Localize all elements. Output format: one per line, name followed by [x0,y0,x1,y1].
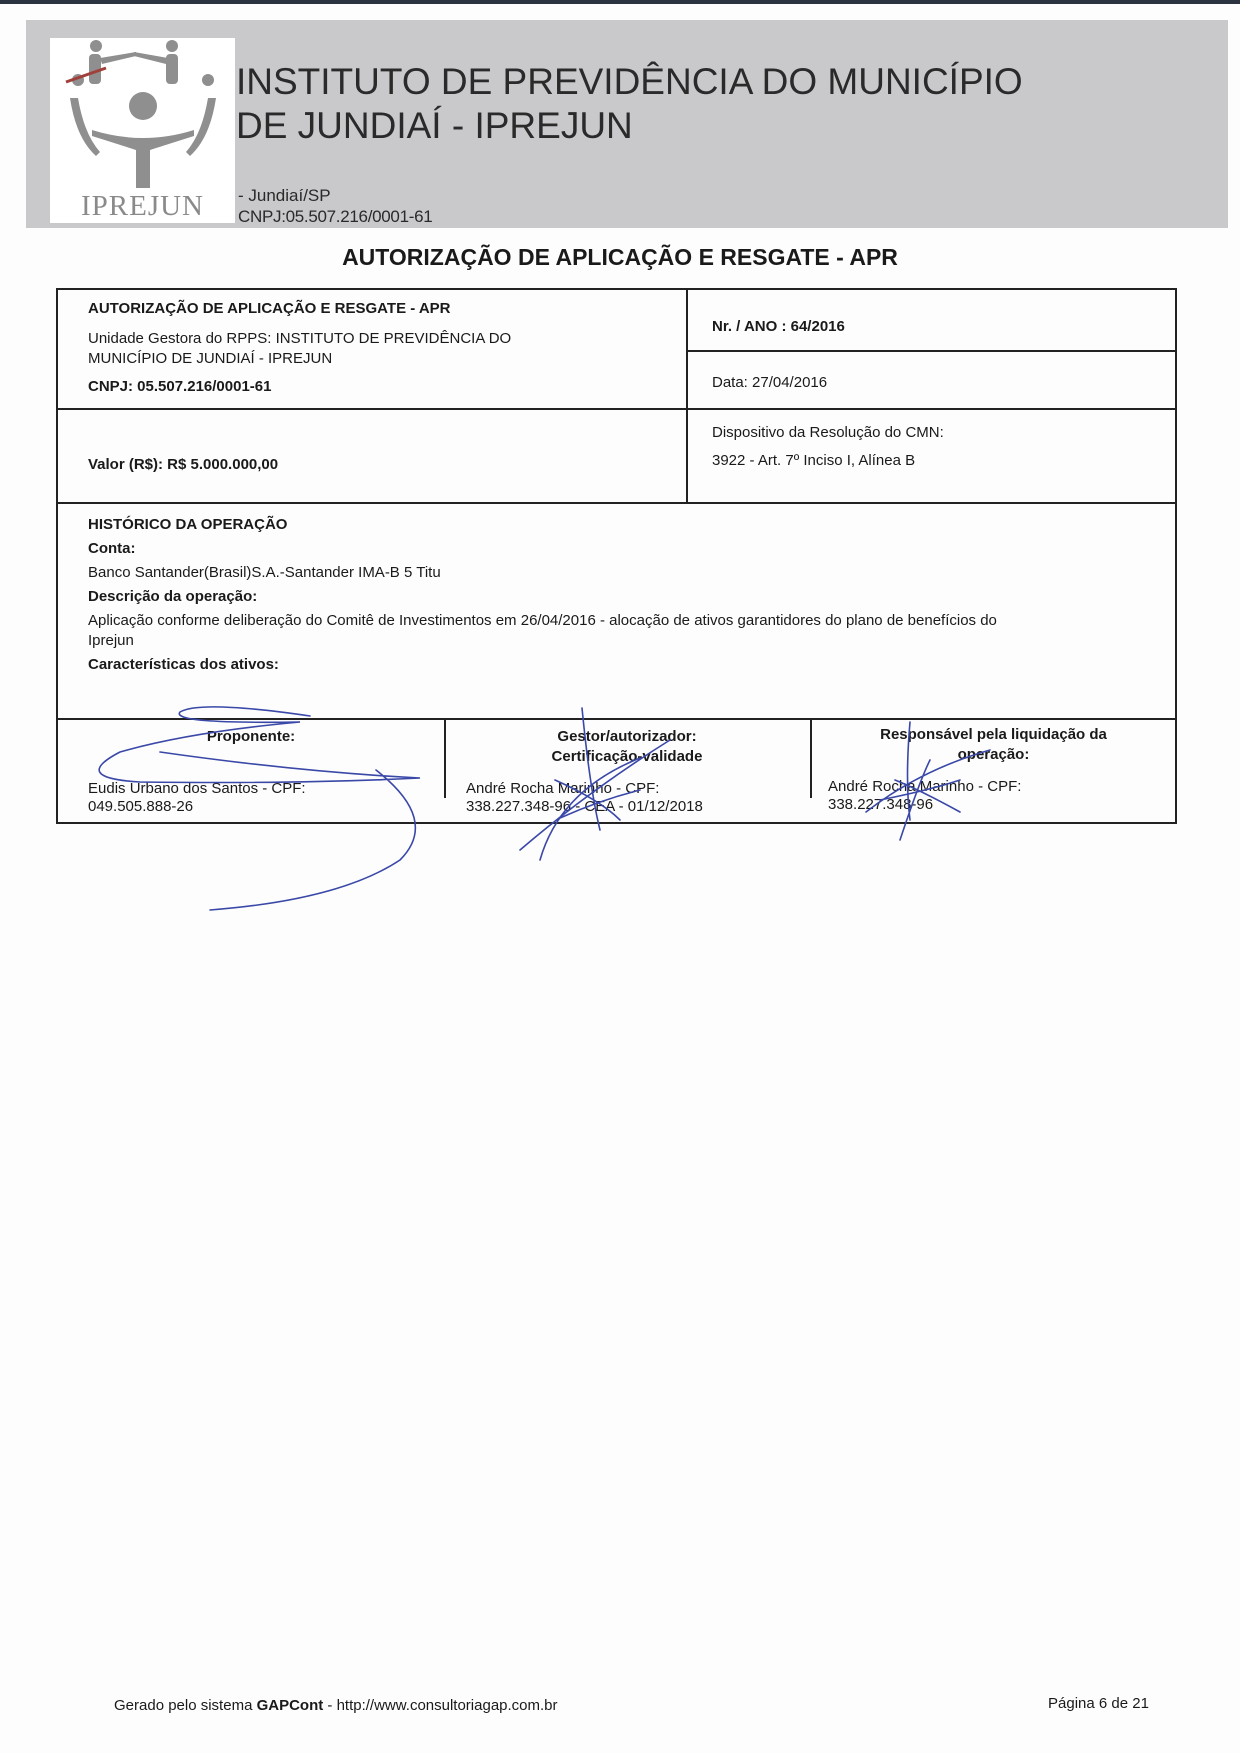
conta-label: Conta: [88,540,136,557]
divider [58,718,1177,720]
footer-prefix: Gerado pelo sistema [114,1697,257,1714]
gestor-certificacao: Certificação-validade [444,748,810,765]
form-cnpj: CNPJ: 05.507.216/0001-61 [88,378,271,395]
page-number: Página 6 de 21 [1048,1695,1149,1712]
iprejun-logo: IPREJUN [50,38,235,223]
apr-form-table: AUTORIZAÇÃO DE APLICAÇÃO E RESGATE - APR… [56,288,1177,824]
divider [686,350,1177,352]
responsavel-role-line1: Responsável pela liquidação da [810,726,1177,743]
responsavel-role-line2: operação: [810,746,1177,763]
divider [58,502,1177,504]
gestor-name: André Rocha Marinho - CPF: [466,780,659,797]
footer-url: - http://www.consultoriagap.com.br [323,1697,557,1714]
data: Data: 27/04/2016 [712,374,827,391]
proponente-name: Eudis Urbano dos Santos - CPF: [88,780,306,797]
proponente-cpf: 049.505.888-26 [88,798,193,815]
valor: Valor (R$): R$ 5.000.000,00 [88,456,278,473]
divider [686,290,688,504]
dispositivo-value: 3922 - Art. 7º Inciso I, Alínea B [712,452,915,469]
logo-wordmark: IPREJUN [50,190,235,223]
institution-name-line1: INSTITUTO DE PREVIDÊNCIA DO MUNICÍPIO [236,60,1023,104]
divider [58,408,1177,410]
descricao-line2: Iprejun [88,632,134,649]
numero-ano: Nr. / ANO : 64/2016 [712,318,845,335]
people-circle-logo-icon [56,38,231,198]
descricao-label: Descrição da operação: [88,588,257,605]
proponente-role: Proponente: [58,728,444,745]
responsavel-cpf: 338.227.348-96 [828,796,933,813]
caracteristicas-label: Características dos ativos: [88,656,279,673]
form-heading: AUTORIZAÇÃO DE APLICAÇÃO E RESGATE - APR [88,300,451,317]
unidade-gestora-line2: MUNICÍPIO DE JUNDIAÍ - IPREJUN [88,350,332,367]
gestor-cpf: 338.227.348-96 - CEA - 01/12/2018 [466,798,703,815]
document-title: AUTORIZAÇÃO DE APLICAÇÃO E RESGATE - APR [0,244,1240,271]
institution-name: INSTITUTO DE PREVIDÊNCIA DO MUNICÍPIO DE… [236,60,1023,148]
dispositivo-label: Dispositivo da Resolução do CMN: [712,424,944,441]
historico-heading: HISTÓRICO DA OPERAÇÃO [88,516,287,533]
institution-cnpj: CNPJ:05.507.216/0001-61 [238,207,432,227]
footer-generated-by: Gerado pelo sistema GAPCont - http://www… [114,1697,558,1714]
institution-city: - Jundiaí/SP [238,186,331,206]
descricao-line1: Aplicação conforme deliberação do Comitê… [88,612,997,629]
responsavel-name: André Rocha Marinho - CPF: [828,778,1021,795]
institution-name-line2: DE JUNDIAÍ - IPREJUN [236,104,1023,148]
unidade-gestora-line1: Unidade Gestora do RPPS: INSTITUTO DE PR… [88,330,511,347]
footer-system-name: GAPCont [257,1697,324,1714]
conta-value: Banco Santander(Brasil)S.A.-Santander IM… [88,564,441,581]
scan-edge [0,0,1240,4]
gestor-role: Gestor/autorizador: [444,728,810,745]
